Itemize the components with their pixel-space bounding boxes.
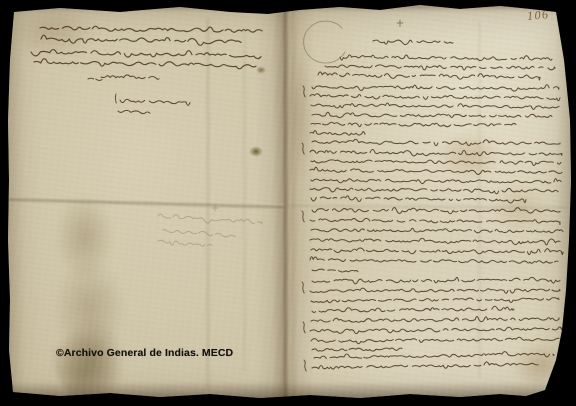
fold-crease: [206, 18, 210, 390]
parchment-document: 106 ©Archivo General de Indias. MECD: [0, 0, 576, 406]
fold-crease: [243, 28, 246, 372]
folio-number: 106: [526, 7, 550, 24]
edge-shadow: [8, 382, 568, 400]
manuscript-photo: 106 ©Archivo General de Indias. MECD: [0, 0, 576, 406]
edge-shadow: [8, 4, 568, 12]
fold-crease: [478, 22, 481, 378]
archive-watermark: ©Archivo General de Indias. MECD: [56, 347, 233, 359]
corner-mark: [10, 13, 13, 17]
